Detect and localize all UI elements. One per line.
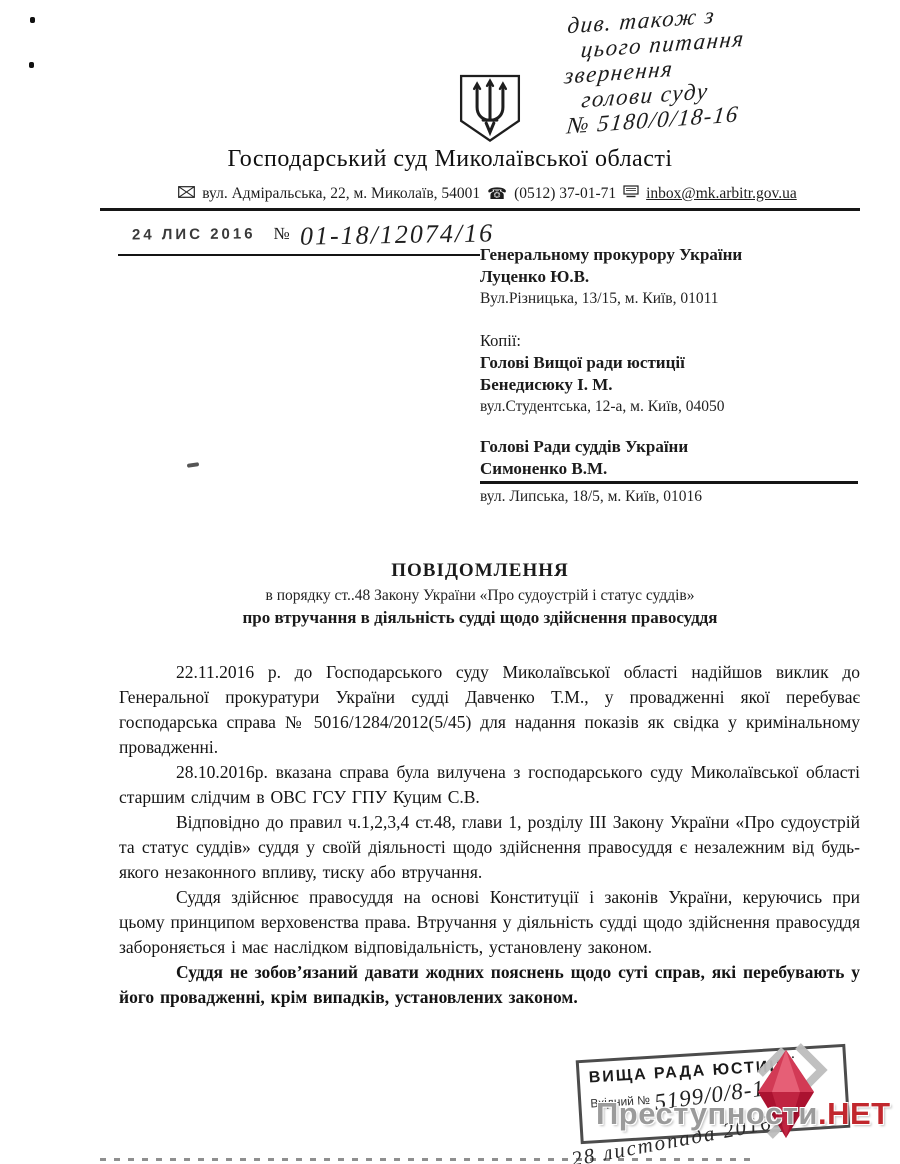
recipient-title: Голові Вищої ради юстиції: [480, 352, 870, 374]
court-address: вул. Адміральська, 22, м. Миколаїв, 5400…: [202, 185, 480, 203]
body-paragraph: 22.11.2016 р. до Господарського суду Мик…: [119, 660, 860, 760]
scanned-document-page: див. також з цього питання звернення гол…: [0, 0, 900, 1164]
envelope-icon: [178, 185, 195, 203]
recipients-block: Генеральному прокурору України Луценко Ю…: [480, 244, 870, 508]
date-stamp: 24 ЛИС 2016: [132, 225, 256, 243]
number-sign: №: [274, 224, 290, 243]
watermark-text-red: .НЕТ: [818, 1096, 891, 1131]
recipient-divider: [480, 481, 858, 484]
recipient-address: вул.Студентська, 12-а, м. Київ, 04050: [480, 396, 870, 418]
handwritten-annotation: див. також з цього питання звернення гол…: [556, 0, 900, 139]
recipient-name: Луценко Ю.В.: [480, 266, 870, 288]
scan-artifact-dot: [30, 17, 35, 23]
document-subject: про втручання в діяльність судді щодо зд…: [100, 608, 860, 628]
header-divider: [100, 208, 860, 211]
court-email: inbox@mk.arbitr.gov.ua: [646, 185, 797, 203]
handwritten-reference-number: 01-18/12074/16: [300, 218, 495, 251]
watermark: Преступности.НЕТ: [596, 1096, 891, 1132]
document-title-block: ПОВІДОМЛЕННЯ в порядку ст..48 Закону Укр…: [100, 560, 860, 628]
contact-line: вул. Адміральська, 22, м. Миколаїв, 5400…: [105, 184, 870, 203]
scan-artifact-smudge: [187, 462, 199, 468]
reference-underline: [118, 254, 480, 256]
recipient-name: Симоненко В.М.: [480, 458, 870, 480]
copies-label: Копії:: [480, 330, 870, 352]
body-paragraph-emphasis: Суддя не зобов’язаний давати жодних пояс…: [119, 960, 860, 1010]
recipient-name: Бенедисюку І. М.: [480, 374, 870, 396]
computer-icon: [623, 185, 639, 203]
body-paragraph: Суддя здійснює правосуддя на основі Конс…: [119, 885, 860, 960]
recipient-address: Вул.Різницька, 13/15, м. Київ, 01011: [480, 288, 870, 310]
court-phone: (0512) 37-01-71: [514, 185, 616, 203]
document-subtitle: в порядку ст..48 Закону України «Про суд…: [100, 587, 860, 605]
scan-artifact-dot: [29, 62, 34, 68]
phone-icon: ☎: [487, 184, 507, 203]
recipient-title: Генеральному прокурору України: [480, 244, 870, 266]
document-heading: ПОВІДОМЛЕННЯ: [100, 560, 860, 582]
recipient-title: Голові Ради суддів України: [480, 436, 870, 458]
court-name: Господарський суд Миколаївської області: [0, 146, 900, 173]
watermark-text-gray: Преступности: [596, 1096, 818, 1131]
recipient-address: вул. Липська, 18/5, м. Київ, 01016: [480, 486, 870, 508]
reference-line: 24 ЛИС 2016 № 01-18/12074/16: [132, 220, 494, 250]
body-paragraph: Відповідно до правил ч.1,2,3,4 ст.48, гл…: [119, 810, 860, 885]
body-paragraph: 28.10.2016р. вказана справа була вилучен…: [119, 760, 860, 810]
scan-artifact-line: [100, 1158, 750, 1161]
document-body: 22.11.2016 р. до Господарського суду Мик…: [119, 660, 860, 1010]
